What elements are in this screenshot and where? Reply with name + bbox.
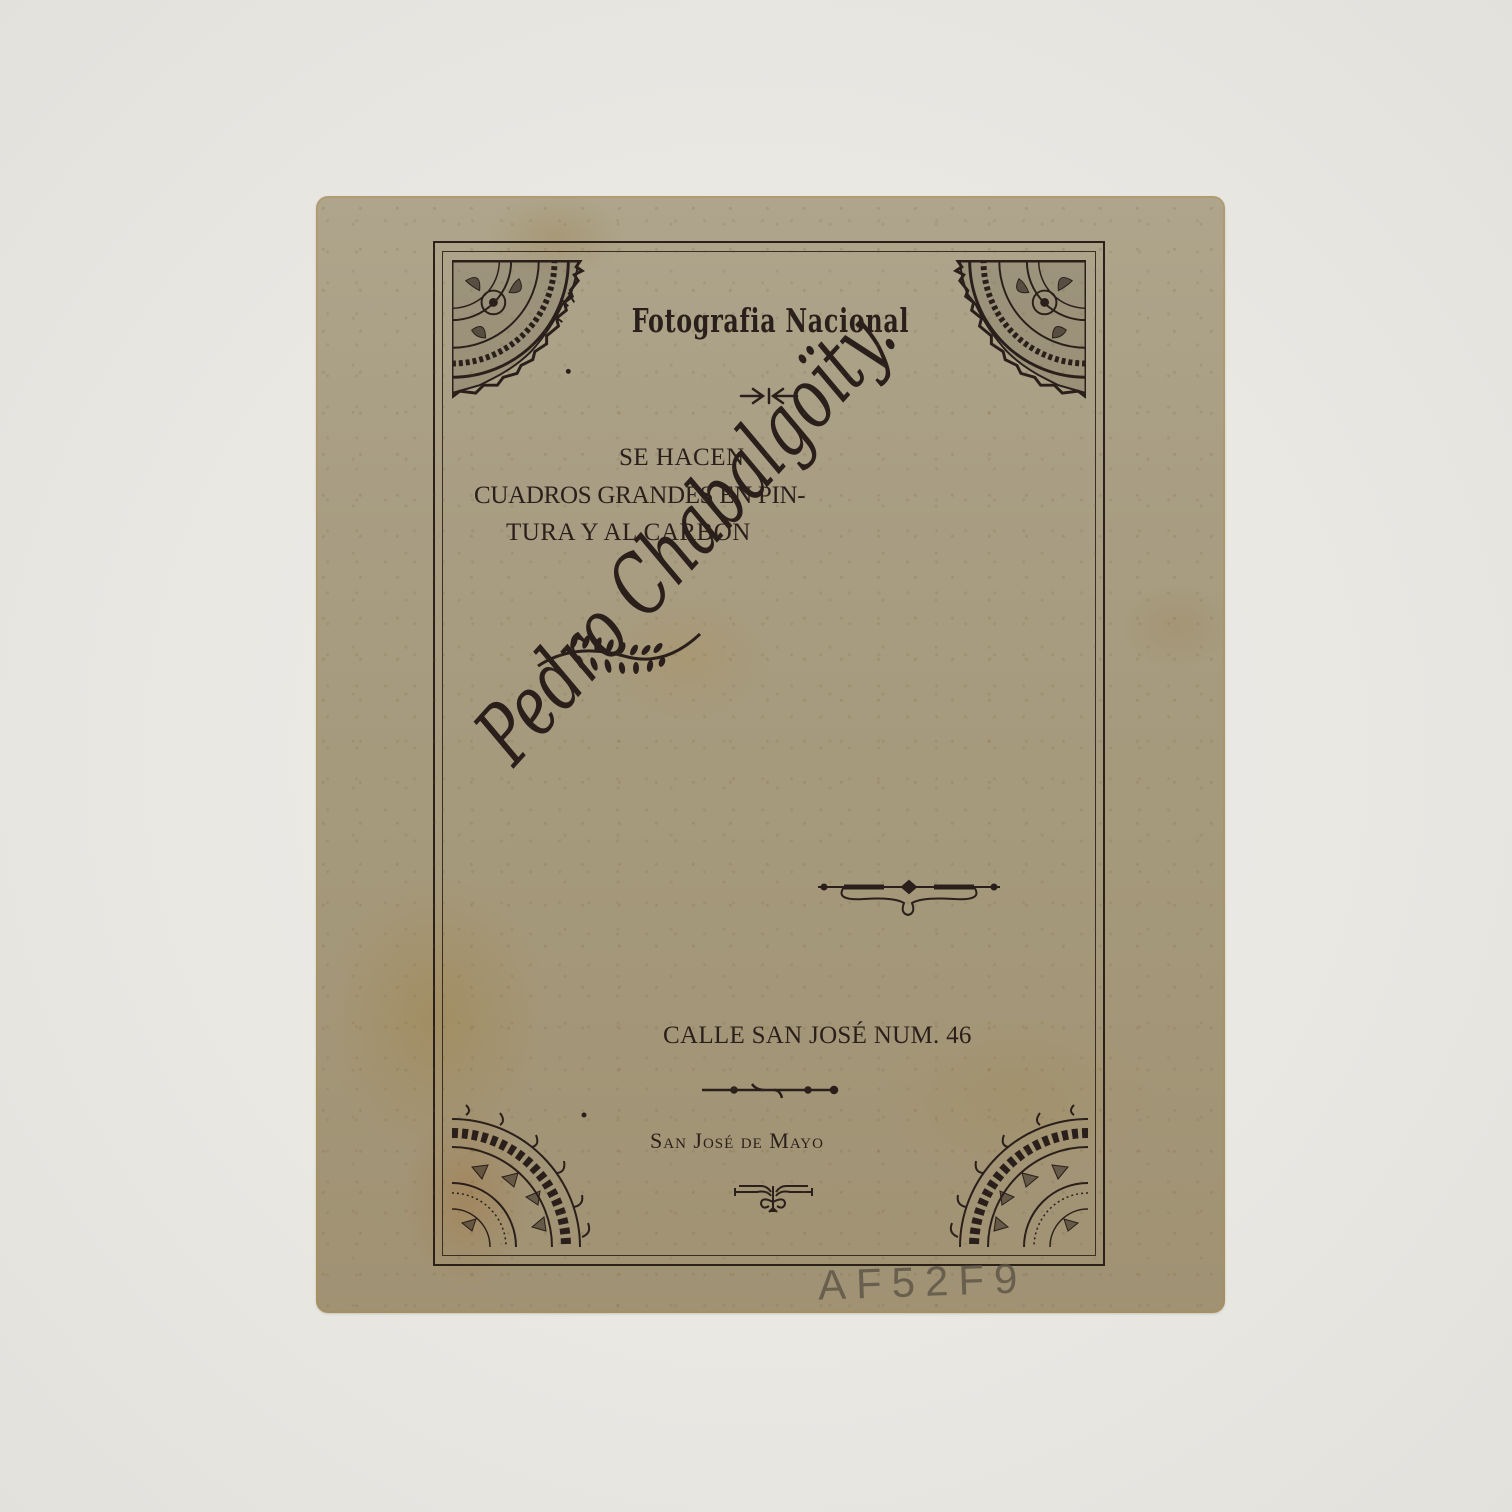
- corner-greek-key-rosette-icon: [938, 1096, 1088, 1248]
- bracket-ornament-icon: [731, 1182, 816, 1214]
- corner-greek-key-rosette-icon: [452, 1096, 602, 1248]
- pencil-inventory-note: AF52F9: [817, 1254, 1028, 1309]
- studio-address: CALLE SAN JOSÉ NUM. 46: [663, 1022, 972, 1050]
- studio-city: San José de Mayo: [650, 1128, 824, 1154]
- scroll-flourish-icon: [814, 879, 1004, 919]
- line-divider-icon: [700, 1080, 840, 1100]
- cabinet-card: Fotografia Nacional SE HACEN CUADROS GRA…: [316, 196, 1225, 1313]
- studio-title: Fotografia Nacional: [443, 301, 1097, 340]
